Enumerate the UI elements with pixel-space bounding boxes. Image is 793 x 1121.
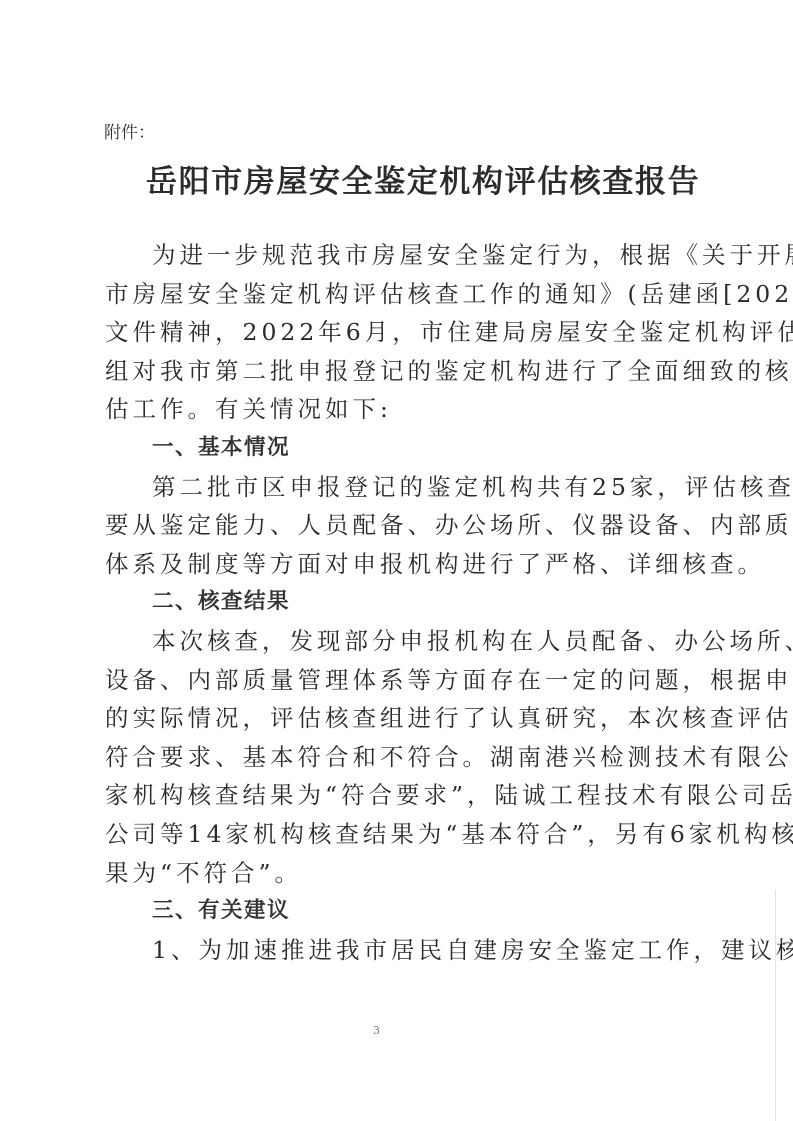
body-line: 市房屋安全鉴定机构评估核查工作的通知》(岳建函[2022]45号)	[105, 275, 685, 314]
section-heading-basic-situation: 一、基本情况	[105, 429, 685, 468]
section-heading-inspection-results: 二、核查结果	[105, 583, 685, 622]
body-line: 体系及制度等方面对申报机构进行了严格、详细核查。	[105, 545, 685, 584]
body-line: 本次核查，发现部分申报机构在人员配备、办公场所、仪器	[105, 622, 685, 661]
body-line: 家机构核查结果为“符合要求”，陆诚工程技术有限公司岳阳分	[105, 776, 685, 815]
body-line: 的实际情况，评估核查组进行了认真研究，本次核查评估结果为	[105, 699, 685, 738]
body-line: 公司等14家机构核查结果为“基本符合”，另有6家机构核查结	[105, 815, 685, 854]
body-line: 文件精神，2022年6月，市住建局房屋安全鉴定机构评估核查	[105, 313, 685, 352]
section-heading-recommendations: 三、有关建议	[105, 892, 685, 931]
body-line: 为进一步规范我市房屋安全鉴定行为，根据《关于开展岳阳	[105, 236, 685, 275]
document-page: 附件： 岳阳市房屋安全鉴定机构评估核查报告 为进一步规范我市房屋安全鉴定行为，根…	[0, 0, 793, 1121]
document-title: 岳阳市房屋安全鉴定机构评估核查报告	[146, 156, 686, 201]
body-line: 符合要求、基本符合和不符合。湖南港兴检测技术有限公司等5	[105, 738, 685, 777]
attachment-label: 附件：	[104, 118, 155, 143]
body-line: 果为“不符合”。	[105, 854, 685, 893]
document-body: 为进一步规范我市房屋安全鉴定行为，根据《关于开展岳阳 市房屋安全鉴定机构评估核查…	[105, 236, 685, 969]
scan-edge-line	[775, 890, 776, 1121]
body-line: 组对我市第二批申报登记的鉴定机构进行了全面细致的核查评	[105, 352, 685, 391]
page-number: 3	[373, 1024, 380, 1037]
body-line: 1、为加速推进我市居民自建房安全鉴定工作，建议核查结	[105, 931, 685, 970]
body-line: 设备、内部质量管理体系等方面存在一定的问题，根据申报机构	[105, 661, 685, 700]
body-line: 要从鉴定能力、人员配备、办公场所、仪器设备、内部质量管理	[105, 506, 685, 545]
body-line: 第二批市区申报登记的鉴定机构共有25家，评估核查组主	[105, 468, 685, 507]
body-line: 估工作。有关情况如下:	[105, 390, 685, 429]
